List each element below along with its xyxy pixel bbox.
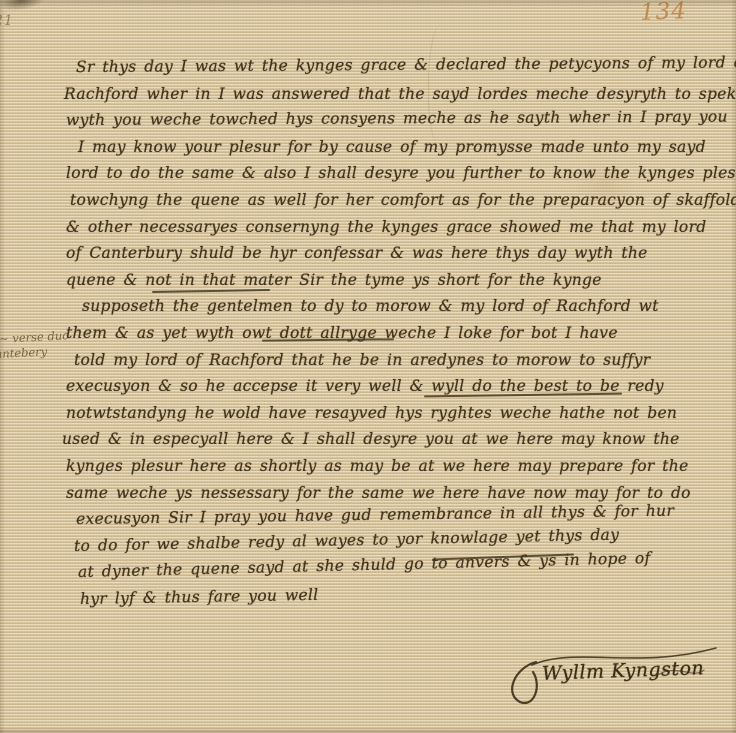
manuscript-line: & other necessaryes consernyng the kynge… (66, 214, 736, 241)
letter-body: Sr thys day I was wt the kynges grace & … (66, 54, 736, 612)
manuscript-line: execusyon & so he accepse it very well &… (66, 373, 736, 400)
manuscript-line: notwtstandyng he wold have resayved hys … (66, 400, 736, 427)
signature-block: Wyllm Kyngston (506, 632, 724, 718)
manuscript-line: used & in especyall here & I shall desyr… (62, 426, 736, 453)
manuscript-line: quene & not in that mater Sir the tyme y… (66, 267, 736, 294)
page-number: 134 (640, 0, 688, 25)
manuscript-line: them & as yet wyth owt dott allryge wech… (66, 320, 736, 347)
manuscript-line: lord to do the same & also I shall desyr… (66, 160, 736, 187)
manuscript-line: wyth you weche towched hys consyens mech… (66, 104, 736, 134)
manuscript-line: of Canterbury shuld be hyr confessar & w… (66, 240, 736, 267)
manuscript-line: Sr thys day I was wt the kynges grace & … (76, 49, 736, 80)
manuscript-line: supposeth the gentelmen to dy to morow &… (82, 293, 736, 320)
manuscript-line: I may know your plesur for by cause of m… (78, 134, 736, 161)
manuscript-line: told my lord of Rachford that he be in a… (74, 347, 736, 374)
manuscript-line: kynges plesur here as shortly as may be … (66, 453, 736, 480)
folio-number-left: 21 (0, 14, 14, 28)
manuscript-page: 21 134 p~ verse duc antebery Sr thys day… (0, 0, 736, 733)
manuscript-line: towchyng the quene as well for her comfo… (70, 187, 736, 214)
